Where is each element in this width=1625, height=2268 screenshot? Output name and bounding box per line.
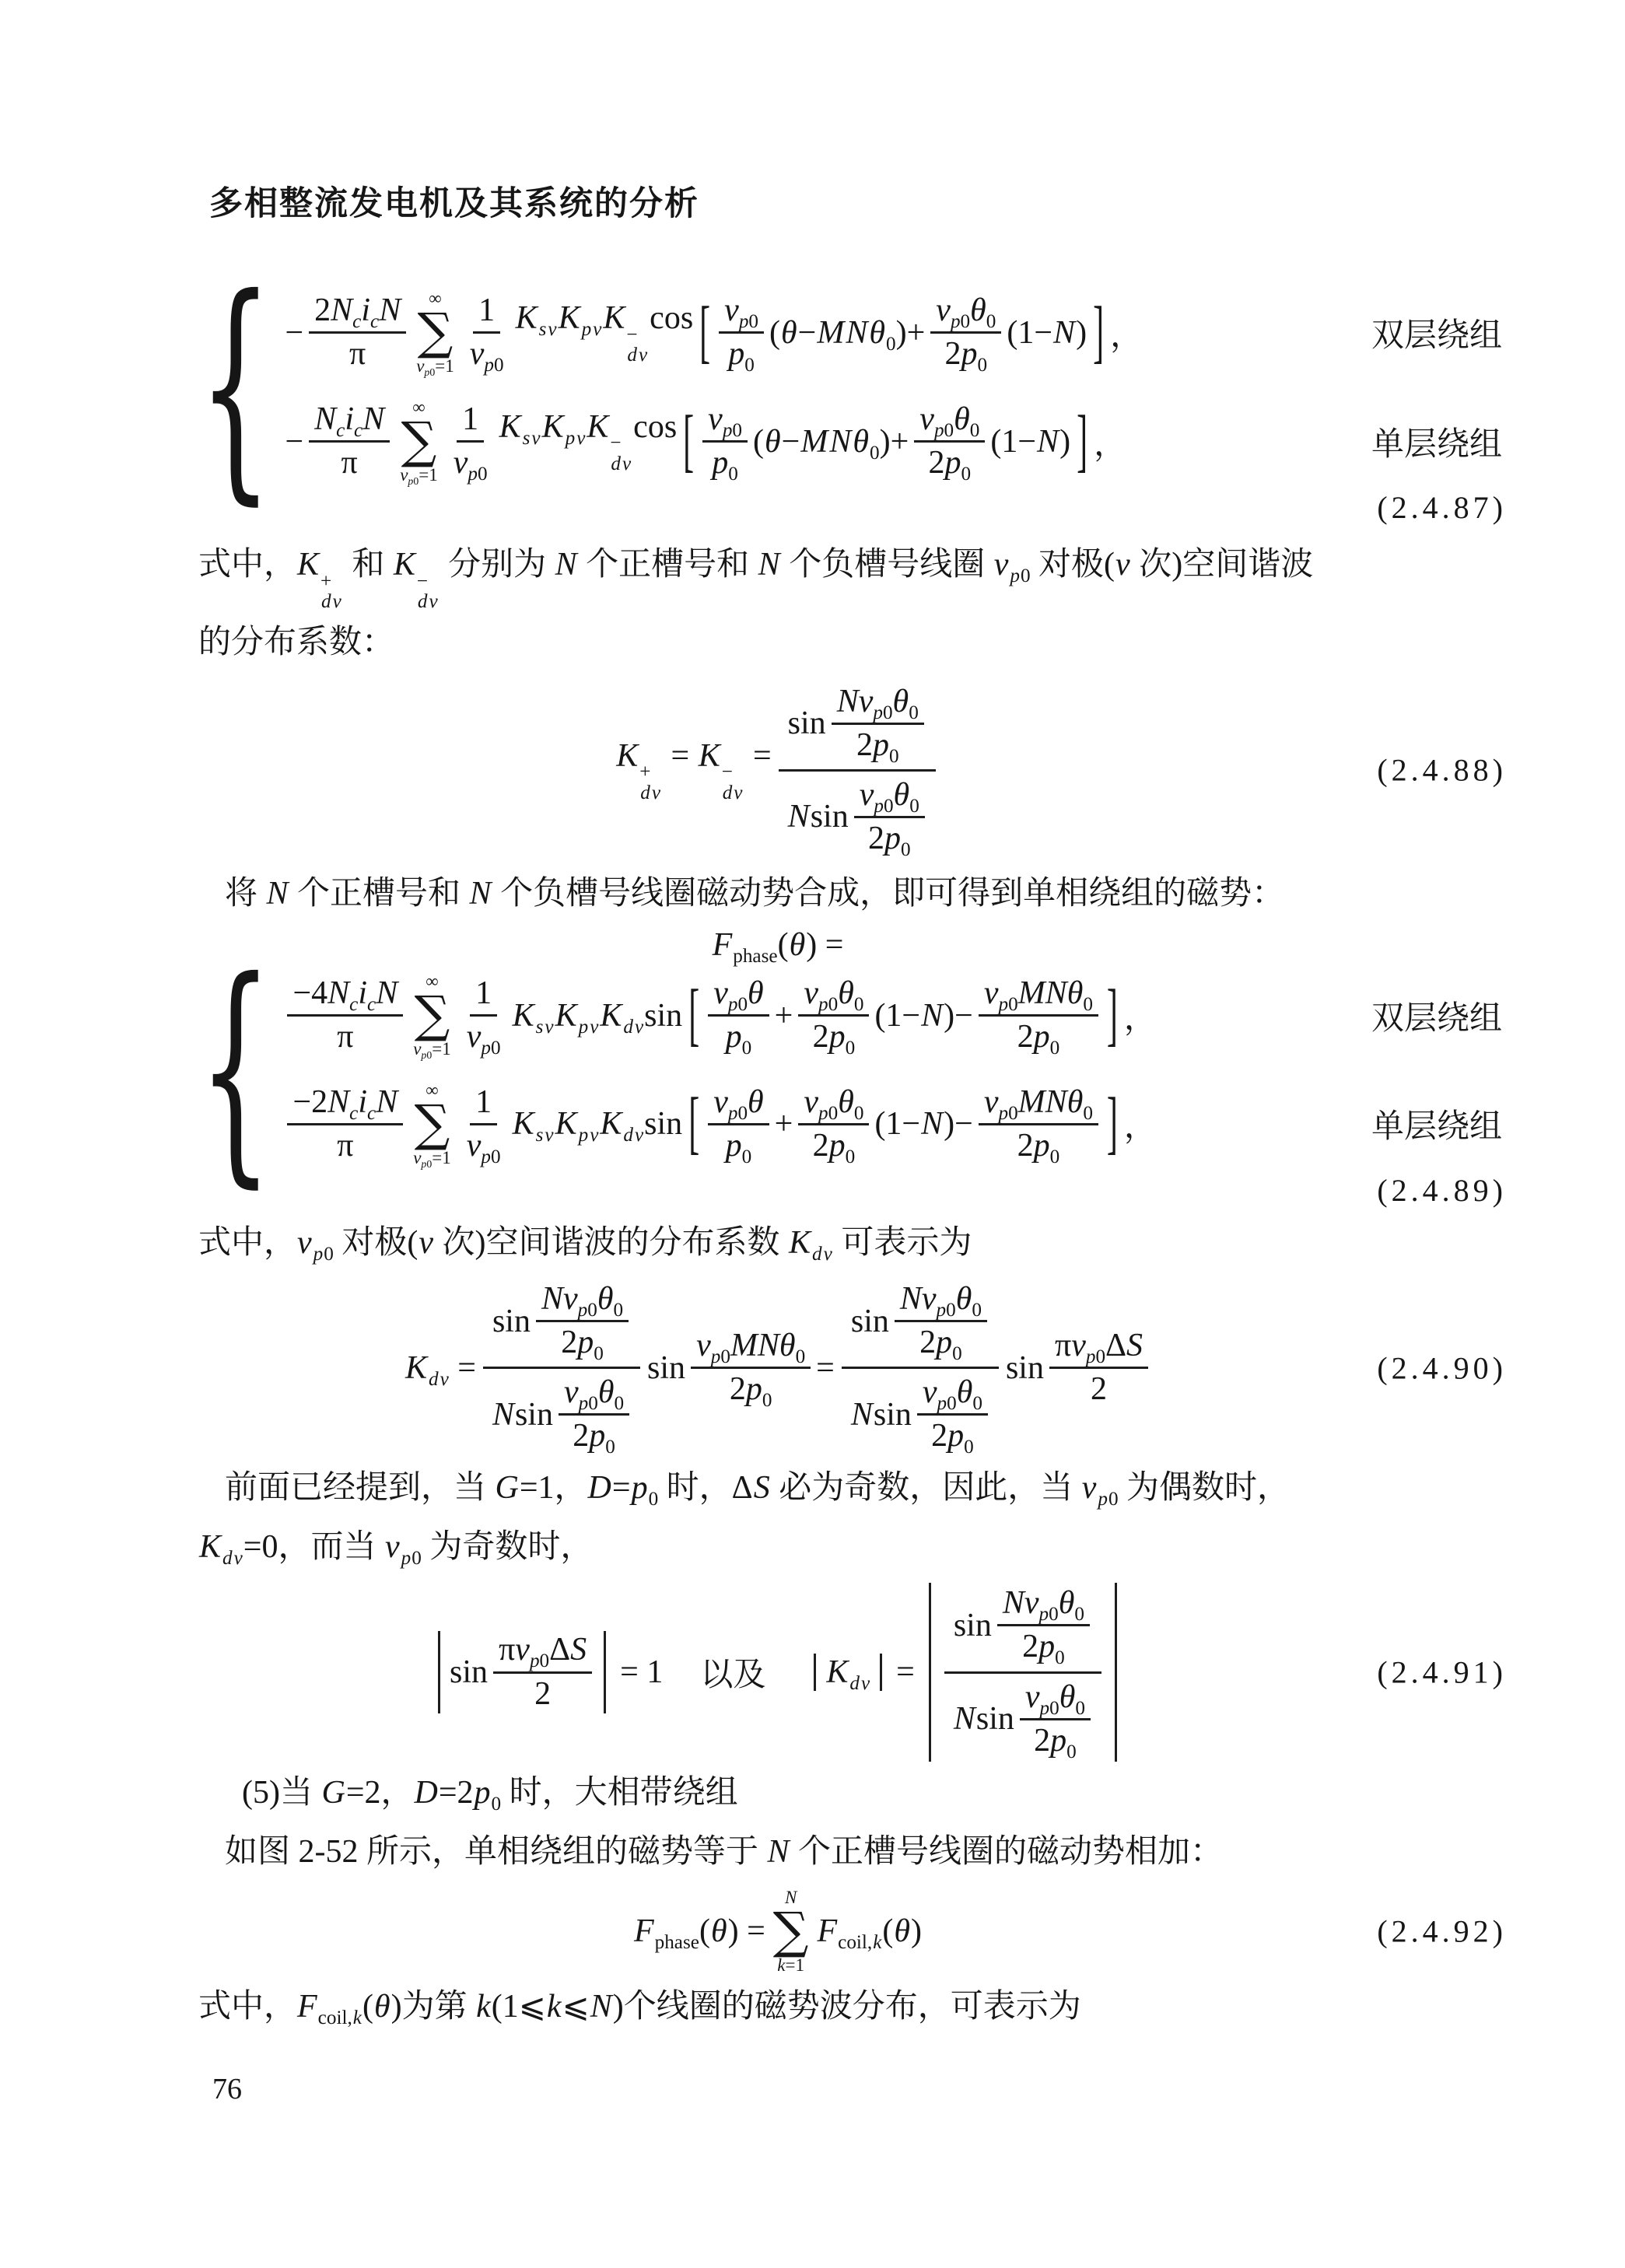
inner-fraction: Nvp0θ0 2p0 [997, 1584, 1090, 1666]
fraction-denominator: 2p0 [807, 1125, 861, 1165]
fraction-numerator: πvp0ΔS [493, 1631, 592, 1673]
summation-icon: ∑ [415, 1101, 450, 1148]
big-fraction-numerator: sin Nvp0θ0 2p0 [483, 1279, 640, 1369]
tail-term: (1−N)− [874, 1105, 972, 1143]
winding-factors: KsvKpvK−dvcos [515, 299, 694, 366]
fraction-numerator: 1 [473, 292, 500, 334]
fraction-numerator: vp0θ0 [559, 1374, 629, 1416]
conjunction-text: 以及 [700, 1649, 765, 1696]
inverse-fraction: 1 vp0 [448, 401, 493, 482]
fraction-numerator: 1 [470, 975, 497, 1017]
absolute-value-group: Kdv [806, 1654, 890, 1691]
abs-content: sin Nvp0θ0 2p0 Nsin vp0θ0 2p0 [939, 1583, 1107, 1761]
summation: N ∑ k=1 [773, 1888, 809, 1976]
abs-bar-icon [929, 1583, 931, 1761]
fraction-denominator: 2p0 [923, 443, 977, 482]
eq89-case-single-layer: −2NcicN π ∞ ∑ vp0=1 1 vp0 KsvKpvKdvsin [… [283, 1080, 1508, 1169]
summation-icon: ∑ [415, 992, 450, 1039]
fraction-denominator: π [331, 1125, 359, 1165]
equation-2-4-90: Kdv = sin Nvp0θ0 2p0 Nsin vp0θ0 2p0 sin … [198, 1279, 1508, 1457]
big-fraction-numerator: sin Nvp0θ0 2p0 [779, 681, 936, 772]
big-fraction-denominator: Nsin vp0θ0 2p0 [482, 1369, 641, 1457]
cases-brace-icon: { [198, 950, 272, 1190]
equation-number-2-4-87: (2.4.87) [198, 485, 1507, 530]
equals-sign: = [896, 1654, 915, 1691]
fraction-numerator: vp0θ0 [854, 776, 925, 818]
coefficient-fraction: 2NcicN π [309, 292, 406, 373]
mn-fraction: vp0MNθ0 2p0 [979, 1083, 1098, 1165]
mn-fraction: vp0MNθ0 2p0 [979, 975, 1098, 1056]
equation-2-4-89: { −4NcicN π ∞ ∑ vp0=1 1 vp0 KsvKpvKdvsin… [198, 971, 1508, 1168]
open-bracket-icon: [ [699, 292, 710, 373]
offset-fraction: vp0θ0 2p0 [914, 401, 985, 482]
sum-lower-limit: vp0=1 [400, 465, 438, 485]
tail-term: (1−N) [1007, 314, 1087, 352]
minus-sign: − [285, 423, 303, 460]
equation-2-4-91: sin πvp0ΔS 2 = 1 以及 Kdv = sin [198, 1583, 1508, 1761]
fraction-denominator: p0 [720, 1125, 758, 1165]
case-tag-single-layer: 单层绕组 [1371, 418, 1508, 465]
paragraph-odd-even-line2: Kdv=0，而当 vp0 为奇数时， [198, 1517, 1508, 1577]
equals-one: = 1 [620, 1654, 663, 1691]
eq92-rhs: Fcoil,k(θ) [816, 1913, 922, 1950]
equation-2-4-88: K+dv = K−dv = sin Nvp0θ0 2p0 Nsin vp0θ0 … [198, 681, 1508, 859]
fraction-denominator: 2p0 [1017, 1626, 1070, 1666]
absolute-value-group: sin πvp0ΔS 2 [430, 1631, 614, 1713]
nsin-function: Nsin [953, 1701, 1014, 1737]
fraction-numerator: vp0 [719, 292, 764, 334]
fraction-denominator: 2p0 [1028, 1720, 1082, 1760]
tail-term: (1−N) [990, 423, 1070, 460]
summation-icon: ∑ [401, 418, 437, 465]
fraction-denominator: vp0 [461, 1017, 506, 1056]
fraction-denominator: π [336, 443, 363, 482]
abs-bar-icon [814, 1654, 816, 1691]
summation: ∞ ∑ vp0=1 [413, 1080, 451, 1169]
big-fraction: sin Nvp0θ0 2p0 Nsin vp0θ0 2p0 [778, 681, 937, 859]
plus-sign: + [775, 997, 793, 1034]
sum-lower-limit: vp0=1 [416, 356, 454, 376]
fraction-numerator: vp0θ [708, 975, 769, 1017]
winding-factors: KsvKpvK−dvcos [499, 408, 678, 475]
fraction-denominator: vp0 [448, 443, 493, 482]
fraction-numerator: πvp0ΔS [1049, 1327, 1148, 1369]
fraction-numerator: vp0θ0 [914, 401, 985, 443]
fraction-denominator: p0 [720, 1017, 758, 1056]
fraction-numerator: vp0θ0 [930, 292, 1001, 334]
fraction-denominator: 2p0 [851, 725, 905, 765]
sum-lower-limit: vp0=1 [413, 1148, 451, 1168]
theta-fraction: vp0θ p0 [708, 1083, 769, 1165]
fraction-numerator: −4NcicN [287, 975, 403, 1017]
inner-fraction: Nvp0θ0 2p0 [895, 1280, 987, 1362]
open-bracket-icon: [ [683, 401, 694, 481]
fraction-denominator: 2 [1085, 1369, 1112, 1409]
paragraph-odd-even-line1: 前面已经提到，当 G=1，D=p0 时，ΔS 必为奇数，因此，当 vp0 为偶数… [198, 1458, 1508, 1517]
page-number: 76 [212, 2072, 1508, 2106]
inner-fraction: vp0θ0 2p0 [854, 776, 925, 858]
coefficient-fraction: −2NcicN π [287, 1083, 403, 1165]
big-fraction-1: sin Nvp0θ0 2p0 Nsin vp0θ0 2p0 [482, 1279, 641, 1457]
paragraph-kdv-definition-line2: 的分布系数： [198, 613, 1508, 672]
winding-factors: KsvKpvKdvsin [512, 1105, 683, 1143]
comma: ， [1110, 310, 1143, 356]
abs-bar-icon [880, 1654, 882, 1691]
equation-2-4-89-body: −4NcicN π ∞ ∑ vp0=1 1 vp0 KsvKpvKdvsin [… [283, 971, 1508, 1168]
equation-2-4-92: Fphase(θ) = N ∑ k=1 Fcoil,k(θ) (2.4.92) [198, 1888, 1508, 1976]
winding-factors: KsvKpvKdvsin [512, 997, 683, 1034]
equation-2-4-87: { − 2NcicN π ∞ ∑ vp0=1 1 vp0 KsvKpvK−dvc… [198, 289, 1508, 485]
inverse-fraction: 1 vp0 [461, 1083, 506, 1165]
offset-fraction: vp0θ0 2p0 [930, 292, 1001, 373]
abs-bar-icon [604, 1631, 606, 1713]
fraction-denominator: π [344, 334, 371, 373]
nsin-function: Nsin [850, 1397, 912, 1433]
inverse-fraction: 1 vp0 [464, 292, 510, 373]
fraction-numerator: vp0MNθ0 [979, 975, 1098, 1017]
inverse-fraction: 1 vp0 [461, 975, 506, 1056]
fraction-denominator: vp0 [464, 334, 510, 373]
fraction-denominator: 2p0 [1012, 1125, 1066, 1165]
coefficient-fraction: −4NcicN π [287, 975, 403, 1056]
fraction-numerator: Nvp0θ0 [832, 683, 924, 725]
fraction-numerator: 2NcicN [309, 292, 406, 334]
fraction-numerator: 1 [470, 1083, 497, 1125]
paragraph-compose-mmf: 将 N 个正槽号和 N 个负槽号线圈磁动势合成，即可得到单相绕组的磁势： [198, 864, 1508, 923]
eq90-lhs: Kdv = [404, 1349, 476, 1387]
open-bracket-icon: [ [688, 975, 699, 1055]
fraction-numerator: Nvp0θ0 [536, 1280, 629, 1322]
eq92-lhs: Fphase(θ) = [633, 1913, 765, 1950]
abs-content: Kdv [824, 1654, 872, 1691]
fraction-denominator: 2 [529, 1674, 556, 1713]
close-bracket-icon: ] [1093, 292, 1104, 373]
fraction-numerator: vp0 [702, 401, 748, 443]
fraction-denominator: 2p0 [555, 1322, 609, 1362]
comma: ， [1124, 992, 1157, 1039]
fraction-denominator: 2p0 [940, 334, 993, 373]
fraction-numerator: vp0θ0 [798, 975, 869, 1017]
paragraph-kdv-definition-line1: 式中，K+dv 和 K−dv 分别为 N 个正槽号和 N 个负槽号线圈 vp0 … [198, 535, 1508, 613]
fraction-denominator: vp0 [461, 1125, 506, 1165]
eq89-case-double-layer: −4NcicN π ∞ ∑ vp0=1 1 vp0 KsvKpvKdvsin [… [283, 971, 1508, 1060]
fphase-line: Fphase(θ) = [198, 926, 1508, 964]
big-fraction-2: sin Nvp0θ0 2p0 Nsin vp0θ0 2p0 [841, 1279, 1000, 1457]
sin-function: sin [647, 1349, 685, 1387]
comma: ， [1094, 418, 1126, 465]
tail-fraction: πvp0ΔS 2 [1049, 1327, 1148, 1409]
case-tag-double-layer: 双层绕组 [1371, 310, 1508, 356]
case-tag-double-layer: 双层绕组 [1371, 992, 1508, 1039]
kdv-symbol: Kdv [825, 1654, 870, 1691]
sin-function: sin [788, 705, 826, 741]
equation-number-2-4-91: (2.4.91) [1377, 1654, 1507, 1691]
sin-function: sin [1006, 1349, 1044, 1387]
summation: ∞ ∑ vp0=1 [400, 397, 438, 486]
eq87-case-single-layer: − NcicN π ∞ ∑ vp0=1 1 vp0 KsvKpvK−dvcos … [283, 397, 1508, 486]
sin-function: sin [492, 1304, 531, 1339]
big-fraction: sin Nvp0θ0 2p0 Nsin vp0θ0 2p0 [944, 1583, 1102, 1761]
nsin-function: Nsin [492, 1397, 553, 1433]
fraction-numerator: vp0θ0 [1020, 1678, 1091, 1720]
fraction-denominator: 2p0 [1012, 1017, 1066, 1056]
fraction-denominator: 2p0 [567, 1416, 621, 1455]
equation-number-2-4-92: (2.4.92) [1377, 1913, 1507, 1950]
cases-brace-icon: { [198, 268, 272, 507]
nsin-function: Nsin [787, 799, 849, 835]
summation: ∞ ∑ vp0=1 [416, 289, 454, 377]
inner-fraction: Nvp0θ0 2p0 [536, 1280, 629, 1362]
fraction-numerator: vp0MNθ0 [979, 1083, 1098, 1125]
minus-sign: − [285, 314, 303, 352]
offset-fraction: vp0θ0 2p0 [798, 975, 869, 1056]
plus-sign: + [775, 1105, 793, 1143]
fraction-numerator: −2NcicN [287, 1083, 403, 1125]
tail-term: (1−N)− [874, 997, 972, 1034]
harmonic-fraction: vp0 p0 [702, 401, 748, 482]
fphase-expression: Fphase(θ) = [712, 926, 844, 964]
inner-fraction: Nvp0θ0 2p0 [832, 683, 924, 765]
summation-icon: ∑ [418, 309, 454, 356]
sum-lower-limit: vp0=1 [413, 1039, 451, 1059]
abs-content: sin πvp0ΔS 2 [448, 1631, 596, 1713]
angle-term: (θ−MNθ0)+ [769, 314, 925, 352]
fraction-denominator: π [331, 1017, 359, 1056]
sum-lower-limit: k=1 [777, 1955, 804, 1976]
paragraph-coil-mmf: 式中，Fcoil,k(θ)为第 k(1⩽k⩽N)个线圈的磁势波分布，可表示为 [198, 1977, 1508, 2036]
fraction-denominator: p0 [723, 334, 760, 373]
close-bracket-icon: ] [1107, 1084, 1118, 1164]
equation-number-2-4-90: (2.4.90) [1377, 1349, 1507, 1386]
paragraph-figure-2-52: 如图 2-52 所示，单相绕组的磁势等于 N 个正槽号线圈的磁动势相加： [198, 1822, 1508, 1881]
equals-sign: = [816, 1349, 835, 1387]
inner-fraction: πvp0ΔS 2 [493, 1631, 592, 1713]
close-bracket-icon: ] [1077, 401, 1087, 481]
equation-2-4-87-body: − 2NcicN π ∞ ∑ vp0=1 1 vp0 KsvKpvK−dvcos… [283, 289, 1508, 485]
eq87-case-double-layer: − 2NcicN π ∞ ∑ vp0=1 1 vp0 KsvKpvK−dvcos… [283, 289, 1508, 377]
sin-function: sin [851, 1304, 889, 1339]
open-bracket-icon: [ [688, 1084, 699, 1164]
comma: ， [1124, 1101, 1157, 1147]
fraction-denominator: 2p0 [914, 1322, 968, 1362]
fraction-numerator: 1 [457, 401, 484, 443]
fraction-denominator: 2p0 [926, 1416, 979, 1455]
fraction-denominator: p0 [706, 443, 744, 482]
big-fraction-numerator: sin Nvp0θ0 2p0 [842, 1279, 999, 1369]
equation-number-2-4-88: (2.4.88) [1377, 752, 1507, 789]
eq88-lhs: K+dv = K−dv = [615, 737, 771, 804]
fraction-denominator: 2p0 [863, 818, 916, 858]
coefficient-fraction: NcicN π [309, 401, 390, 482]
fraction-numerator: Nvp0θ0 [895, 1280, 987, 1322]
offset-fraction: vp0θ0 2p0 [798, 1083, 869, 1165]
inner-fraction: vp0θ0 2p0 [1020, 1678, 1091, 1760]
mid-fraction: vp0MNθ0 2p0 [691, 1327, 811, 1409]
paragraph-kdv-expression: 式中，vp0 对极(v 次)空间谐波的分布系数 Kdv 可表示为 [198, 1213, 1508, 1272]
fraction-numerator: Nvp0θ0 [997, 1584, 1090, 1626]
fraction-numerator: vp0θ0 [798, 1083, 869, 1125]
harmonic-fraction: vp0 p0 [719, 292, 764, 373]
big-fraction-denominator: Nsin vp0θ0 2p0 [778, 772, 937, 859]
abs-bar-icon [1115, 1583, 1117, 1761]
book-page: 多相整流发电机及其系统的分析 { − 2NcicN π ∞ ∑ vp0=1 1 … [0, 0, 1625, 2268]
big-fraction-denominator: Nsin vp0θ0 2p0 [944, 1674, 1102, 1762]
case-tag-single-layer: 单层绕组 [1371, 1101, 1508, 1147]
inner-fraction: vp0θ0 2p0 [917, 1374, 988, 1455]
equation-number-2-4-89: (2.4.89) [198, 1168, 1507, 1213]
theta-fraction: vp0θ p0 [708, 975, 769, 1056]
inner-fraction: vp0θ0 2p0 [559, 1374, 629, 1455]
sin-function: sin [450, 1654, 488, 1691]
sin-function: sin [954, 1608, 992, 1643]
summation-icon: ∑ [773, 1908, 809, 1955]
fraction-numerator: vp0θ0 [917, 1374, 988, 1416]
paragraph-item5: (5)当 G=2，D=2p0 时，大相带绕组 [198, 1763, 1508, 1822]
big-fraction-numerator: sin Nvp0θ0 2p0 [944, 1583, 1101, 1673]
fraction-denominator: 2p0 [807, 1017, 861, 1056]
fraction-numerator: vp0θ [708, 1083, 769, 1125]
absolute-value-group: sin Nvp0θ0 2p0 Nsin vp0θ0 2p0 [921, 1583, 1125, 1761]
summation: ∞ ∑ vp0=1 [413, 971, 451, 1060]
fraction-denominator: 2p0 [724, 1369, 778, 1409]
big-fraction-denominator: Nsin vp0θ0 2p0 [841, 1369, 1000, 1457]
fraction-numerator: vp0MNθ0 [691, 1327, 811, 1369]
angle-term: (θ−MNθ0)+ [753, 423, 909, 460]
fraction-numerator: NcicN [309, 401, 390, 443]
abs-bar-icon [438, 1631, 440, 1713]
close-bracket-icon: ] [1107, 975, 1118, 1055]
running-head: 多相整流发电机及其系统的分析 [209, 177, 1508, 225]
